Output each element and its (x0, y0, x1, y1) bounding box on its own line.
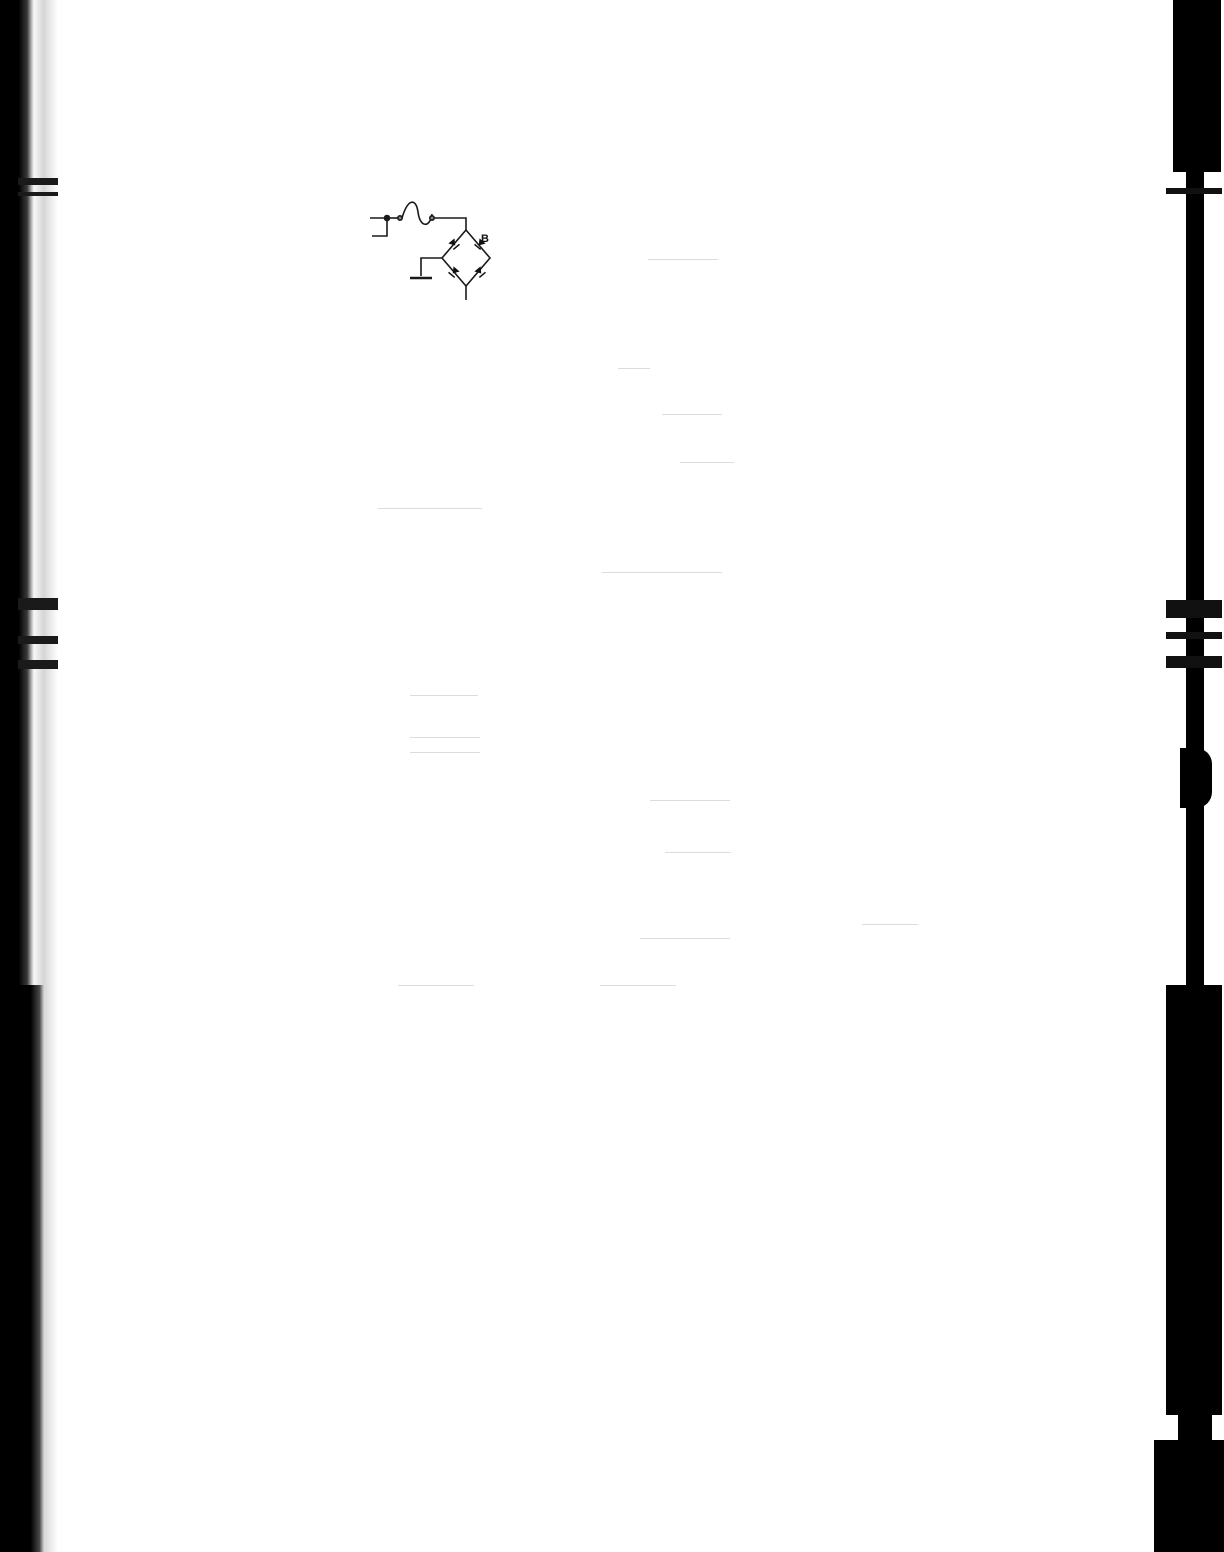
scan-edge-right-lower (1166, 985, 1222, 1415)
scan-artifact (18, 598, 58, 610)
faint-wire (662, 414, 722, 415)
scan-edge-right-neck (1178, 1415, 1212, 1440)
scan-edge-right-bulge (1180, 748, 1212, 808)
scan-artifact (1166, 600, 1222, 618)
faint-wire (665, 852, 731, 853)
scan-artifact (18, 192, 58, 196)
faint-wire (410, 737, 480, 738)
faint-wire (862, 924, 918, 925)
scan-artifact (18, 660, 58, 669)
faint-wire (600, 985, 676, 986)
faint-wire (602, 572, 722, 573)
faint-wire (618, 368, 650, 369)
faint-wire (398, 985, 474, 986)
faint-wire (378, 508, 482, 509)
scan-edge-left-fade (0, 0, 58, 1552)
bridge-label: B (481, 233, 489, 245)
scan-edge-right-top (1173, 0, 1221, 172)
scan-artifact (18, 636, 58, 644)
faint-wire (648, 259, 718, 260)
faint-wire (650, 800, 730, 801)
faint-wire (640, 938, 730, 939)
faint-wire (680, 462, 734, 463)
scan-artifact (1166, 656, 1222, 668)
scan-artifact (1166, 188, 1222, 194)
faint-wire (410, 695, 478, 696)
faint-wire (410, 752, 480, 753)
scan-edge-right-bottom (1154, 1440, 1224, 1552)
bridge-rectifier-schematic: B (360, 200, 510, 310)
scan-artifact (18, 178, 58, 185)
scan-edge-right (1186, 172, 1204, 987)
scan-artifact (1166, 632, 1222, 639)
